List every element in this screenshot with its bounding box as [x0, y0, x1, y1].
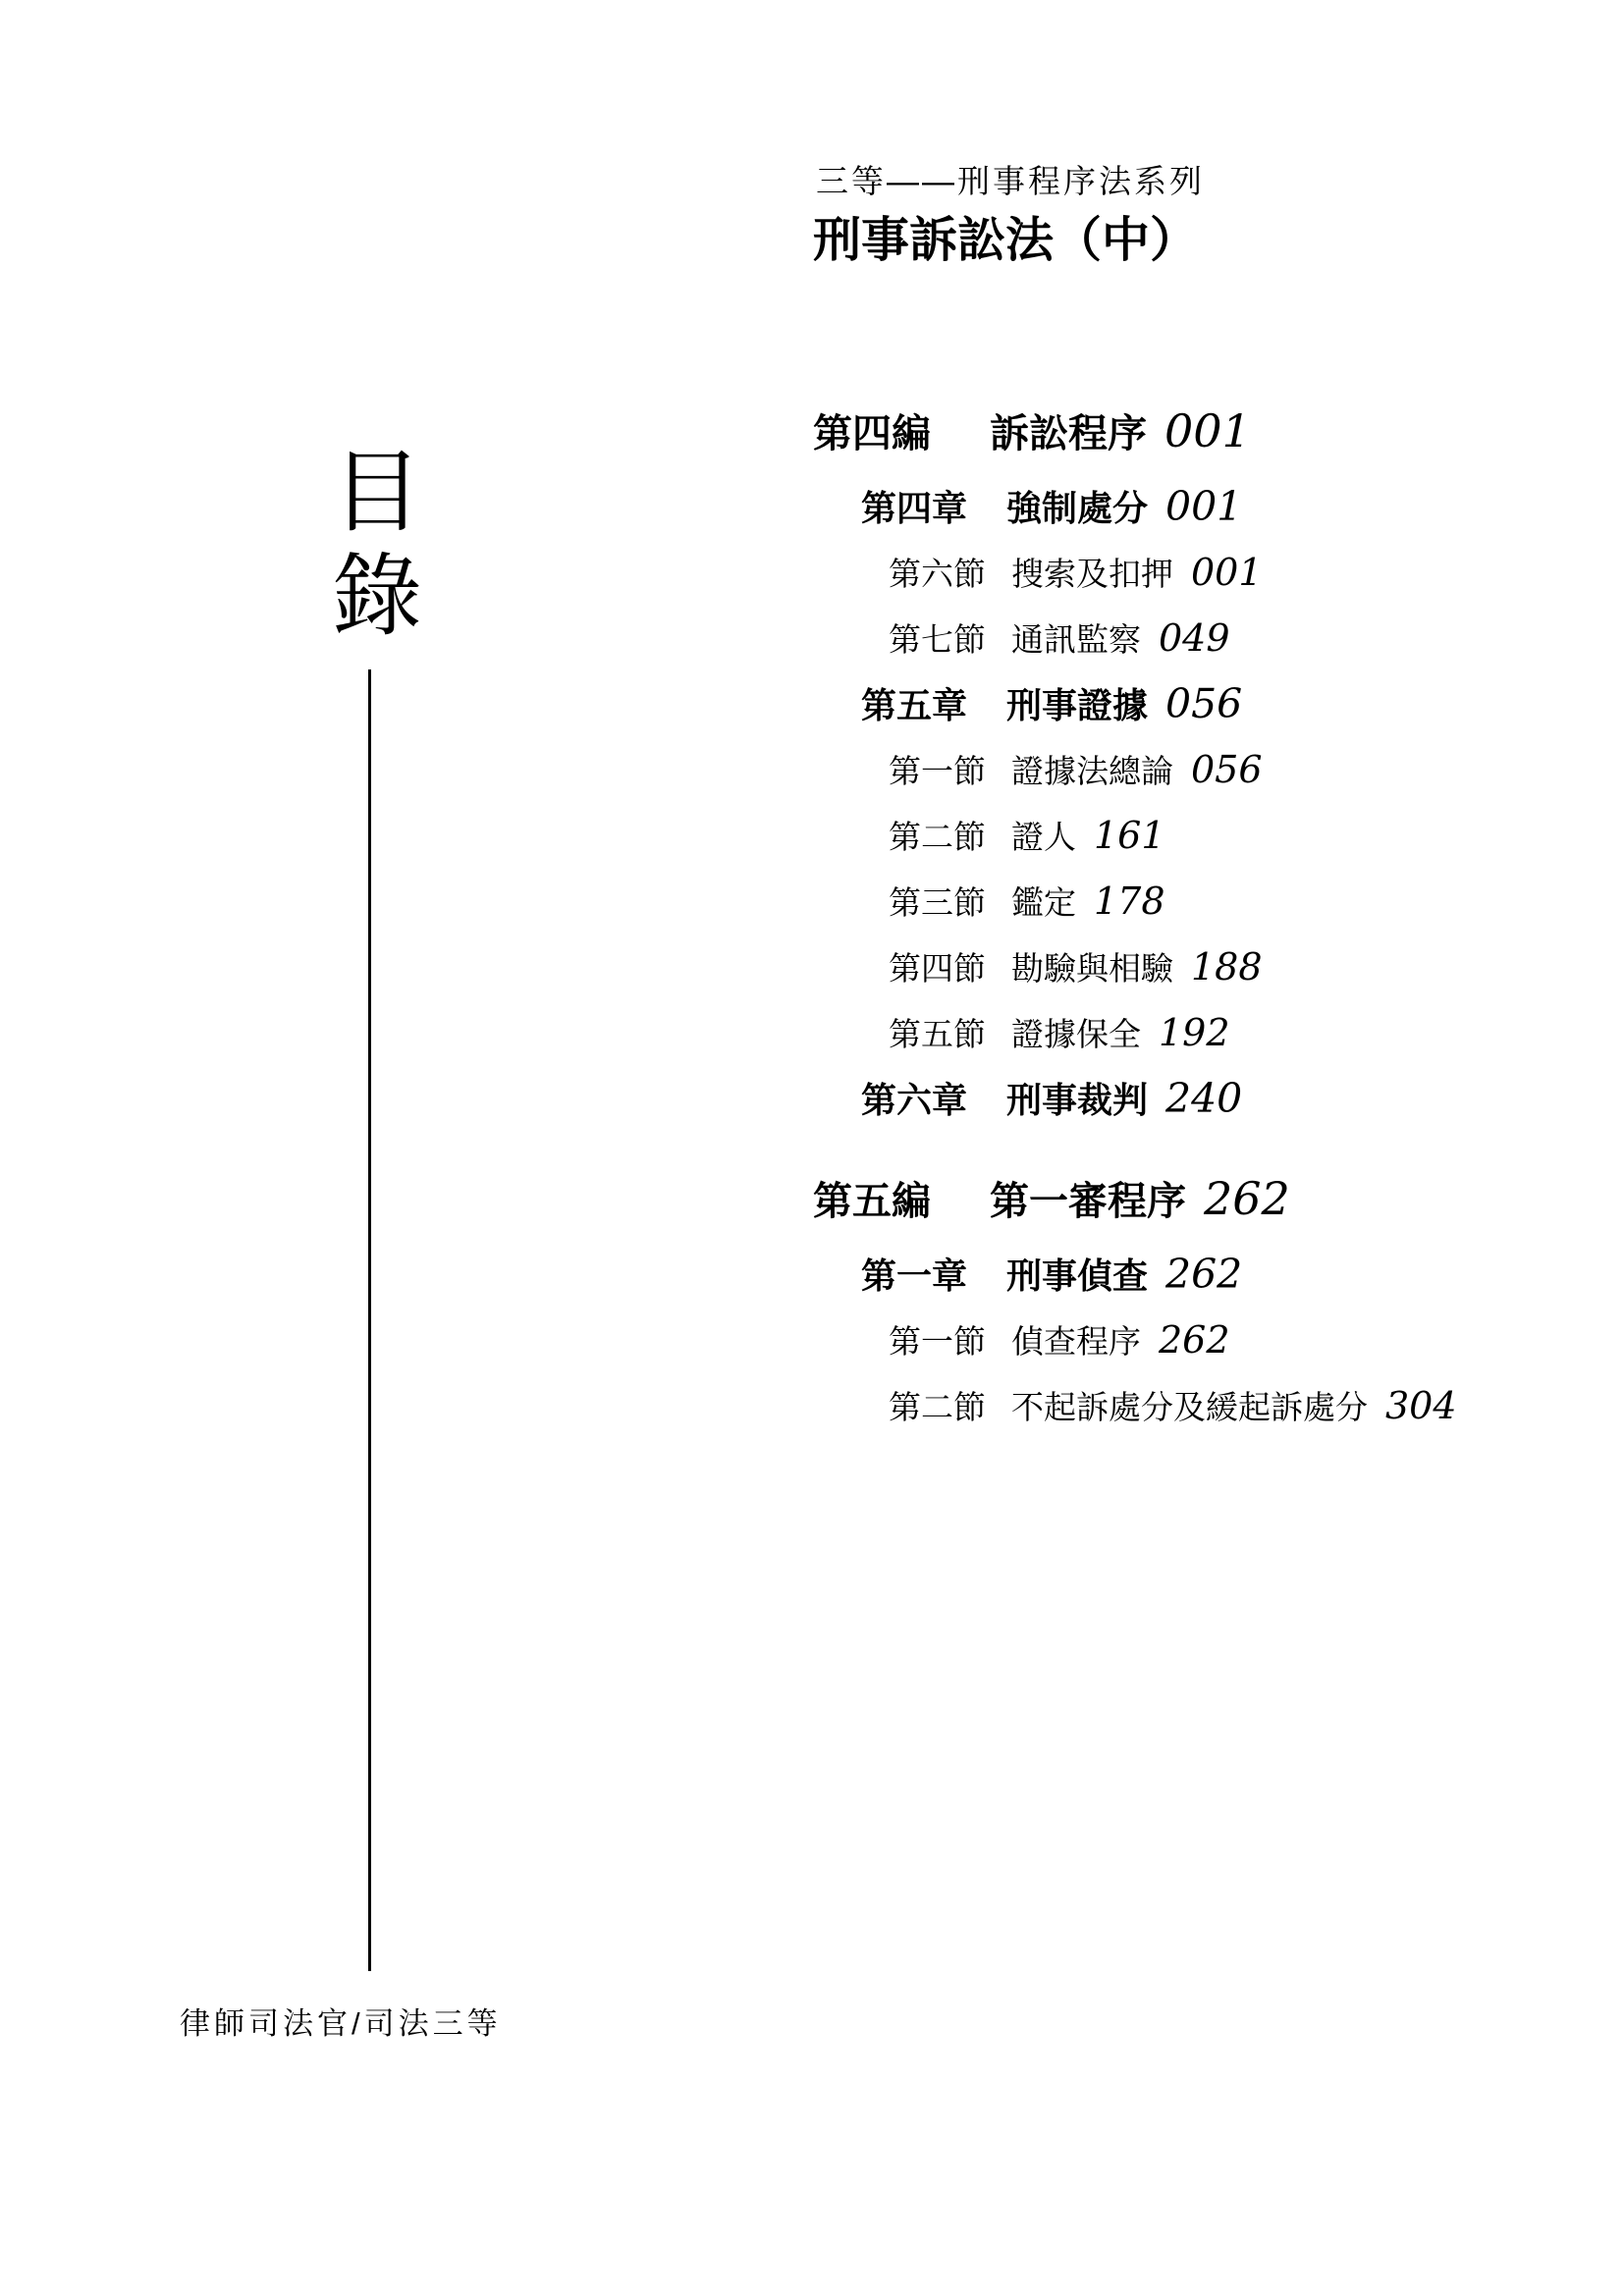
toc-entry: 第四編 訴訟程序 001 [813, 399, 1481, 464]
toc-entry-label: 第四章 [861, 476, 1006, 542]
toc-entry-title: 鑑定 [1011, 872, 1076, 937]
toc-vertical-heading: 目錄 [324, 444, 414, 669]
toc-entry-title: 通訊監察 [1011, 609, 1141, 674]
toc-entry-page-number: 056 [1191, 737, 1263, 803]
toc-entry-title: 刑事偵查 [1006, 1244, 1148, 1309]
toc-entry-title: 不起訴處分及緩起訴處分 [1011, 1376, 1368, 1442]
toc-entry-title: 第一審程序 [990, 1168, 1186, 1234]
toc-entry: 第五節 證據保全 192 [813, 1000, 1481, 1066]
toc-entry-title: 訴訟程序 [990, 400, 1147, 466]
toc-entry-label: 第五節 [889, 1003, 1011, 1069]
toc-entry-label: 第一節 [889, 740, 1011, 806]
toc-entry-label: 第五章 [861, 673, 1006, 739]
toc-entry-page-number: 001 [1191, 540, 1263, 606]
toc-entry: 第一章 刑事偵查 262 [813, 1242, 1481, 1308]
toc-entry-page-number: 161 [1094, 803, 1165, 869]
toc-entry-page-number: 262 [1159, 1308, 1230, 1373]
toc-list: 第四編 訴訟程序 001 第四章 強制處分 001 第六節 搜索及扣押 001 … [813, 364, 1481, 1439]
toc-entry: 第一節 證據法總論 056 [813, 737, 1481, 803]
toc-entry-label: 第五編 [813, 1168, 990, 1234]
toc-entry-page-number: 262 [1165, 1242, 1242, 1308]
toc-entry-page-number: 001 [1164, 399, 1251, 464]
book-toc-page: 三等——刑事程序法系列 刑事訴訟法（中） 目錄 第四編 訴訟程序 001 第四章… [0, 0, 1624, 2296]
toc-entry-label: 第七節 [889, 609, 1011, 674]
toc-entry-title: 刑事證據 [1006, 673, 1148, 739]
toc-entry-label: 第六節 [889, 543, 1011, 609]
toc-entry-page-number: 304 [1385, 1373, 1457, 1439]
toc-entry: 第三節 鑑定 178 [813, 869, 1481, 934]
toc-entry-page-number: 001 [1165, 474, 1242, 540]
toc-entry-label: 第三節 [889, 872, 1011, 937]
toc-entry-title: 證人 [1011, 806, 1076, 872]
toc-entry: 第二節 證人 161 [813, 803, 1481, 869]
toc-entry: 第二節 不起訴處分及緩起訴處分 304 [813, 1373, 1481, 1439]
toc-entry-label: 第四編 [813, 400, 990, 466]
toc-entry-title: 偵查程序 [1011, 1310, 1141, 1376]
toc-entry-title: 勘驗與相驗 [1011, 937, 1173, 1003]
toc-entry: 第五編 第一審程序 262 [813, 1166, 1481, 1232]
toc-entry-label: 第二節 [889, 1376, 1011, 1442]
series-label: 三等——刑事程序法系列 [816, 165, 1205, 197]
toc-divider-line [368, 669, 371, 1971]
toc-entry-page-number: 262 [1204, 1166, 1290, 1232]
toc-entry-title: 搜索及扣押 [1011, 543, 1173, 609]
toc-entry: 第六章 刑事裁判 240 [813, 1066, 1481, 1132]
toc-entry-page-number: 049 [1159, 606, 1230, 671]
toc-entry: 第六節 搜索及扣押 001 [813, 540, 1481, 606]
toc-entry-page-number: 192 [1159, 1000, 1230, 1066]
toc-entry-title: 強制處分 [1006, 476, 1148, 542]
toc-entry-page-number: 188 [1191, 934, 1263, 1000]
toc-entry-page-number: 240 [1165, 1066, 1242, 1132]
toc-entry-label: 第四節 [889, 937, 1011, 1003]
toc-entry-page-number: 056 [1165, 671, 1242, 737]
toc-entry-title: 證據保全 [1011, 1003, 1141, 1069]
toc-entry-label: 第六章 [861, 1068, 1006, 1134]
toc-entry: 第四章 強制處分 001 [813, 474, 1481, 540]
toc-entry: 第五章 刑事證據 056 [813, 671, 1481, 737]
book-title: 刑事訴訟法（中） [813, 216, 1198, 264]
toc-entry-label: 第二節 [889, 806, 1011, 872]
toc-entry-title: 刑事裁判 [1006, 1068, 1148, 1134]
toc-entry-title: 證據法總論 [1011, 740, 1173, 806]
toc-entry-page-number: 178 [1094, 869, 1165, 934]
footer-exam-track-label: 律師司法官/司法三等 [180, 2008, 502, 2039]
toc-entry: 第七節 通訊監察 049 [813, 606, 1481, 671]
toc-entry: 第一節 偵查程序 262 [813, 1308, 1481, 1373]
toc-entry-label: 第一章 [861, 1244, 1006, 1309]
toc-entry-label: 第一節 [889, 1310, 1011, 1376]
toc-entry: 第四節 勘驗與相驗 188 [813, 934, 1481, 1000]
